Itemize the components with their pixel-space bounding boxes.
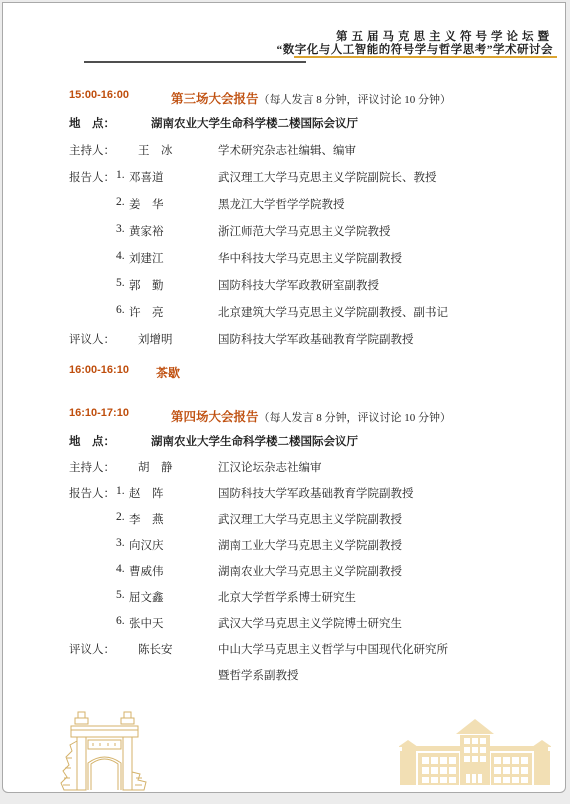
speaker-num: 2. [116, 196, 125, 208]
speaker-name: 向汉庆 [129, 537, 164, 553]
speaker-affiliation: 湖南工业大学马克思主义学院副教授 [218, 537, 402, 553]
speaker-num: 5. [116, 277, 125, 289]
speaker-row: 2. 李 燕 武汉理工大学马克思主义学院副教授 [3, 511, 565, 527]
host-label: 主持人： [69, 142, 115, 158]
speaker-row: 报告人： 1. 邓喜道 武汉理工大学马克思主义学院副院长、教授 [3, 169, 565, 185]
session3-host-row: 主持人： 王 冰 学术研究杂志社编辑、编审 [3, 142, 565, 158]
session4-reviewer-cont-row: 暨哲学系副教授 [3, 667, 565, 683]
reviewer-affiliation-continued: 暨哲学系副教授 [218, 667, 299, 683]
speaker-name: 屈文鑫 [129, 589, 164, 605]
host-affiliation: 江汉论坛杂志社编审 [218, 459, 322, 475]
session3-time: 15:00-16:00 [69, 89, 129, 101]
session4-title-wrap: 第四场大会报告（每人发言 8 分钟，评议讨论 10 分钟） [171, 407, 451, 425]
session4-note: （每人发言 8 分钟，评议讨论 10 分钟） [259, 412, 452, 424]
reviewer-affiliation: 国防科技大学军政基础教育学院副教授 [218, 331, 414, 347]
session3-title: 第三场大会报告 [171, 92, 259, 106]
tea-break-row: 16:00-16:10 茶歇 [3, 364, 565, 380]
speaker-row: 5. 郭 勤 国防科技大学军政教研室副教授 [3, 277, 565, 293]
speaker-num: 4. [116, 563, 125, 575]
header-dark-rule [84, 61, 306, 63]
speaker-num: 4. [116, 250, 125, 262]
reviewer-name: 刘增明 [138, 331, 173, 347]
speaker-row: 3. 向汉庆 湖南工业大学马克思主义学院副教授 [3, 537, 565, 553]
host-name: 胡 静 [138, 459, 173, 475]
session3-header-row: 15:00-16:00 第三场大会报告（每人发言 8 分钟，评议讨论 10 分钟… [3, 89, 565, 105]
speaker-affiliation: 黑龙江大学哲学学院教授 [218, 196, 345, 212]
session4-title: 第四场大会报告 [171, 410, 259, 424]
speaker-row: 5. 屈文鑫 北京大学哲学系博士研究生 [3, 589, 565, 605]
speaker-affiliation: 武汉大学马克思主义学院博士研究生 [218, 615, 402, 631]
speaker-affiliation: 浙江师范大学马克思主义学院教授 [218, 223, 391, 239]
speaker-name: 张中天 [129, 615, 164, 631]
host-affiliation: 学术研究杂志社编辑、编审 [218, 142, 356, 158]
speaker-num: 6. [116, 304, 125, 316]
session3-title-wrap: 第三场大会报告（每人发言 8 分钟，评议讨论 10 分钟） [171, 89, 451, 107]
speaker-num: 2. [116, 511, 125, 523]
session4-venue: 湖南农业大学生命科学楼二楼国际会议厅 [151, 433, 358, 449]
speaker-row: 3. 黄家裕 浙江师范大学马克思主义学院教授 [3, 223, 565, 239]
reviewer-label: 评议人： [69, 331, 115, 347]
speaker-num: 3. [116, 223, 125, 235]
speaker-name: 郭 勤 [129, 277, 164, 293]
speaker-affiliation: 国防科技大学军政基础教育学院副教授 [218, 485, 414, 501]
session3-venue: 湖南农业大学生命科学楼二楼国际会议厅 [151, 115, 358, 131]
document-page: 第五届马克思主义符号学论坛暨 “数字化与人工智能的符号学与哲学思考”学术研讨会 … [2, 2, 566, 793]
speaker-affiliation: 华中科技大学马克思主义学院副教授 [218, 250, 402, 266]
speaker-name: 姜 华 [129, 196, 164, 212]
venue-label: 地 点： [69, 115, 115, 131]
speaker-row: 2. 姜 华 黑龙江大学哲学学院教授 [3, 196, 565, 212]
campus-building-icon [399, 719, 551, 785]
speaker-row: 6. 许 亮 北京建筑大学马克思主义学院副教授、副书记 [3, 304, 565, 320]
session4-reviewer-row: 评议人： 陈长安 中山大学马克思主义哲学与中国现代化研究所 [3, 641, 565, 657]
session3-venue-row: 地 点： 湖南农业大学生命科学楼二楼国际会议厅 [3, 115, 565, 131]
speaker-row: 4. 刘建江 华中科技大学马克思主义学院副教授 [3, 250, 565, 266]
speaker-name: 曹威伟 [129, 563, 164, 579]
header-title-line2: “数字化与人工智能的符号学与哲学思考”学术研讨会 [277, 41, 554, 57]
session4-venue-row: 地 点： 湖南农业大学生命科学楼二楼国际会议厅 [3, 433, 565, 449]
speaker-affiliation: 武汉理工大学马克思主义学院副教授 [218, 511, 402, 527]
host-label: 主持人： [69, 459, 115, 475]
session4-host-row: 主持人： 胡 静 江汉论坛杂志社编审 [3, 459, 565, 475]
speakers-label: 报告人： [69, 169, 115, 185]
speaker-row: 4. 曹威伟 湖南农业大学马克思主义学院副教授 [3, 563, 565, 579]
speaker-name: 许 亮 [129, 304, 164, 320]
speaker-name: 赵 阵 [129, 485, 164, 501]
speaker-name: 邓喜道 [129, 169, 164, 185]
speaker-affiliation: 湖南农业大学马克思主义学院副教授 [218, 563, 402, 579]
reviewer-name: 陈长安 [138, 641, 173, 657]
speakers-label: 报告人： [69, 485, 115, 501]
document-page-background: { "colors": { "accent_orange": "#bf4e0d"… [0, 0, 570, 804]
header-gold-rule [294, 56, 557, 58]
reviewer-affiliation: 中山大学马克思主义哲学与中国现代化研究所 [218, 641, 448, 657]
speaker-num: 5. [116, 589, 125, 601]
speaker-row: 报告人： 1. 赵 阵 国防科技大学军政基础教育学院副教授 [3, 485, 565, 501]
venue-label: 地 点： [69, 433, 115, 449]
session4-time: 16:10-17:10 [69, 407, 129, 419]
session3-reviewer-row: 评议人： 刘增明 国防科技大学军政基础教育学院副教授 [3, 331, 565, 347]
speaker-name: 李 燕 [129, 511, 164, 527]
speaker-name: 刘建江 [129, 250, 164, 266]
session3-note: （每人发言 8 分钟，评议讨论 10 分钟） [259, 94, 452, 106]
speaker-name: 黄家裕 [129, 223, 164, 239]
reviewer-label: 评议人： [69, 641, 115, 657]
speaker-affiliation: 北京建筑大学马克思主义学院副教授、副书记 [218, 304, 448, 320]
speaker-row: 6. 张中天 武汉大学马克思主义学院博士研究生 [3, 615, 565, 631]
host-name: 王 冰 [138, 142, 173, 158]
speaker-num: 6. [116, 615, 125, 627]
speaker-affiliation: 北京大学哲学系博士研究生 [218, 589, 356, 605]
tea-break-title: 茶歇 [156, 364, 180, 381]
tea-break-time: 16:00-16:10 [69, 364, 129, 376]
speaker-num: 3. [116, 537, 125, 549]
speaker-num: 1. [116, 485, 125, 497]
speaker-affiliation: 武汉理工大学马克思主义学院副院长、教授 [218, 169, 437, 185]
speaker-num: 1. [116, 169, 125, 181]
session4-header-row: 16:10-17:10 第四场大会报告（每人发言 8 分钟，评议讨论 10 分钟… [3, 407, 565, 423]
speaker-affiliation: 国防科技大学军政教研室副教授 [218, 277, 379, 293]
university-gate-icon [58, 710, 153, 796]
